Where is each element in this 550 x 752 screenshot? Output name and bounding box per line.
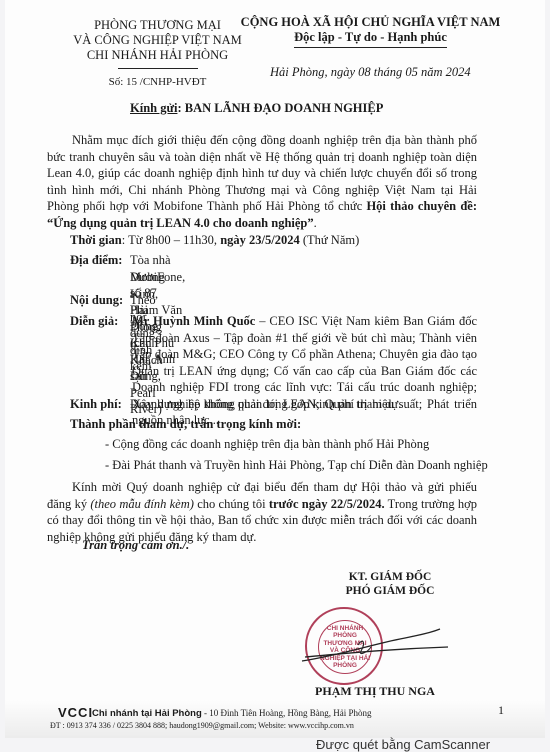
scanner-watermark: Được quét bằng CamScanner <box>316 737 490 752</box>
footer-branch: Chi nhánh tại Hải Phòng <box>92 708 202 719</box>
closing-line: Trân trọng cảm ơn./. <box>82 538 189 553</box>
time-value: : Từ 8h00 – 11h30, <box>122 233 220 247</box>
issuer-line-1: PHÒNG THƯƠNG MẠI <box>60 18 255 33</box>
national-motto: Độc lập - Tự do - Hạnh phúc <box>294 30 447 48</box>
invitation-paragraph: Kính mời Quý doanh nghiệp cử đại biểu đế… <box>47 479 477 545</box>
issuer-line-2: VÀ CÔNG NGHIỆP VIỆT NAM <box>60 33 255 48</box>
attendees-heading: Thành phần tham dự, trân trọng kính mời: <box>70 416 301 433</box>
fee-row: Kinh phí: Doanh nghiệp không phải đóng g… <box>70 396 122 413</box>
signer-name: PHẠM THỊ THU NGA <box>300 684 450 698</box>
place-label: Địa điểm: <box>70 253 122 267</box>
issuer-header: PHÒNG THƯƠNG MẠI VÀ CÔNG NGHIỆP VIỆT NAM… <box>60 18 255 90</box>
time-row: Thời gian: Từ 8h00 – 11h30, ngày 23/5/20… <box>70 232 359 249</box>
form-note: (theo mẫu đính kèm) <box>90 497 194 511</box>
intro-paragraph: Nhằm mục đích giới thiệu đến cộng đồng d… <box>47 132 477 231</box>
document-number: Số: 15 /CNHP-HVĐT <box>60 75 255 90</box>
issuer-line-3: CHI NHÁNH HẢI PHÒNG <box>60 48 255 63</box>
intro-end: . <box>314 216 317 230</box>
national-header: CỘNG HOÀ XÃ HỘI CHỦ NGHĨA VIỆT NAM Độc l… <box>238 15 503 48</box>
signer-title-2: PHÓ GIÁM ĐỐC <box>330 584 450 598</box>
signer-title-1: KT. GIÁM ĐỐC <box>330 570 450 584</box>
footer-contact: ĐT : 0913 374 336 / 0225 3804 888; haudo… <box>50 721 354 730</box>
footer-address: Chi nhánh tại Hải Phòng - 10 Đinh Tiên H… <box>92 708 372 719</box>
vcci-logo: VCCI <box>58 705 93 720</box>
signer-title: KT. GIÁM ĐỐC PHÓ GIÁM ĐỐC <box>330 570 450 598</box>
footer-address-text: - 10 Đinh Tiên Hoàng, Hồng Bàng, Hải Phò… <box>202 708 372 718</box>
attendee-item: - Đài Phát thanh và Truyền hình Hải Phòn… <box>105 458 488 473</box>
event-date: ngày 23/5/2024 <box>220 233 300 247</box>
place-row: Địa điểm: Tòa nhà MobiFone, số 87 Phạm V… <box>70 252 122 269</box>
registration-deadline: trước ngày 22/5/2024. <box>269 497 385 511</box>
invitation-text-2: cho chúng tôi <box>194 497 269 511</box>
fee-label: Kinh phí: <box>70 397 122 411</box>
event-weekday: (Thứ Năm) <box>300 233 360 247</box>
speaker-label: Diễn giả: <box>70 314 118 328</box>
speaker-name: Mr Huỳnh Minh Quốc <box>132 314 255 328</box>
signature-icon <box>300 625 450 665</box>
header-divider <box>118 68 198 69</box>
page-number: 1 <box>498 703 504 718</box>
speaker-label-row: Diễn giả: <box>70 313 118 330</box>
time-label: Thời gian <box>70 233 122 247</box>
content-label: Nội dung: <box>70 293 123 307</box>
document-date: Hải Phòng, ngày 08 tháng 05 năm 2024 <box>270 65 471 80</box>
recipient-value: : BAN LÃNH ĐẠO DOANH NGHIỆP <box>177 101 383 115</box>
attendee-item: - Cộng đồng các doanh nghiệp trên địa bà… <box>105 437 429 452</box>
country-name: CỘNG HOÀ XÃ HỘI CHỦ NGHĨA VIỆT NAM <box>238 15 503 30</box>
content-row: Nội dung: Theo nội dung đính kèm <box>70 292 123 309</box>
fee-value: Doanh nghiệp không phải đóng góp kinh ph… <box>130 396 401 413</box>
recipient-label: Kính gửi <box>130 101 177 115</box>
recipient-line: Kính gửi: BAN LÃNH ĐẠO DOANH NGHIỆP <box>130 101 383 116</box>
